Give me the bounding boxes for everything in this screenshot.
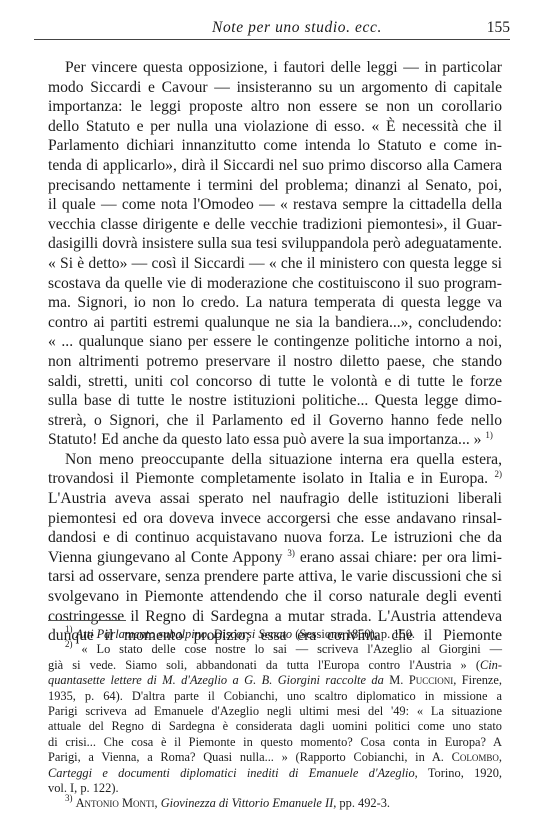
footnote-text: quantasette lettere di M. d'Azeglio a G.… bbox=[48, 673, 384, 687]
footnote-marker: 2) bbox=[65, 639, 73, 649]
footnote-ref-2[interactable]: 2) bbox=[495, 469, 503, 479]
text-line: dandosi e di continuo acquistavano nuova… bbox=[48, 528, 502, 548]
text-line-content: trovandosi il Piemonte completamente iso… bbox=[48, 470, 488, 487]
text-line: « Si è detto» — così il Siccardi — « che… bbox=[48, 254, 502, 274]
footnote-source-title: Carteggi e documenti diplomatici inediti… bbox=[48, 766, 415, 780]
text-line: svolgevano in Piemonte attendendo che il… bbox=[48, 587, 502, 607]
text-line: Vienna giungevano al Conte Appony 3) era… bbox=[48, 548, 502, 568]
text-line-content: Statuto! Ed anche da questo lato essa pu… bbox=[48, 431, 481, 448]
text-line: strerà, o Signori, che il Parlamento ed … bbox=[48, 411, 502, 431]
footnote-2-line: quantasette lettere di M. d'Azeglio a G.… bbox=[48, 673, 502, 688]
text-line: precisando nettamente i termini del prob… bbox=[48, 176, 502, 196]
text-line: scostava da quelle vie di moderazione ch… bbox=[48, 274, 502, 294]
footnote-source-title: Giovinezza di Vittorio Emanuele II bbox=[161, 796, 334, 810]
text-line-content: Vienna giungevano al Conte Appony bbox=[48, 549, 282, 566]
footnote-ref-3[interactable]: 3) bbox=[287, 548, 295, 558]
footnote-divider bbox=[48, 620, 126, 621]
text-line: saldi, stretti, uniti col concorso di tu… bbox=[48, 372, 502, 392]
footnote-2-line: Parigi, a Vienna, a Roma? Quasi nulla...… bbox=[48, 750, 502, 765]
footnote-2-line: 2) « Lo stato delle cose nostre lo sai —… bbox=[48, 642, 502, 657]
running-title: Note per uno studio. ecc. bbox=[212, 19, 382, 37]
footnote-author: Puccioni bbox=[409, 673, 453, 687]
text-line: « ... qualunque siano per essere le cont… bbox=[48, 332, 502, 352]
footnote-text: , pp. 492-3. bbox=[333, 796, 390, 810]
footnote-author: Antonio Monti bbox=[76, 796, 155, 810]
footnote-2-line: Carteggi e documenti diplomatici inediti… bbox=[48, 766, 502, 781]
page-header: Note per uno studio. ecc. 155 bbox=[34, 13, 510, 40]
footnote-text: Cin- bbox=[480, 658, 502, 672]
text-line: vecchia classe dirigente e delle vecchie… bbox=[48, 215, 502, 235]
text-line: importanza: le leggi proposte altro non … bbox=[48, 97, 502, 117]
text-line: modo Siccardi e Cavour — insisteranno su… bbox=[48, 78, 502, 98]
text-line: Non meno preoccupante della situazione i… bbox=[48, 450, 502, 470]
text-line: Per vincere questa opposizione, i fautor… bbox=[48, 58, 502, 78]
footnote-marker: 3) bbox=[65, 793, 73, 803]
footnote-text: M. bbox=[389, 673, 403, 687]
text-line-content: erano assai chiare: per ora limi- bbox=[300, 549, 502, 566]
footnote-text: Parigi, a Vienna, a Roma? Quasi nulla...… bbox=[48, 750, 444, 764]
footnote-ref-1[interactable]: 1) bbox=[485, 430, 493, 440]
footnote-text: , Torino, 1920, bbox=[415, 766, 502, 780]
text-line: tenda di applicarlo», dirà il Siccardi n… bbox=[48, 156, 502, 176]
footnote-2-line: attuale del Regno di Sardegna è consider… bbox=[48, 719, 502, 734]
text-line: tarsi ad osservare, senza prendere parte… bbox=[48, 567, 502, 587]
page-number: 155 bbox=[487, 19, 510, 37]
footnote-3: 3) Antonio Monti, Giovinezza di Vittorio… bbox=[48, 796, 502, 811]
text-line: dello Statuto e per nulla una violazione… bbox=[48, 117, 502, 137]
body-text: Per vincere questa opposizione, i fautor… bbox=[48, 58, 502, 646]
text-line: il quale — come nota l'Omodeo — « restav… bbox=[48, 195, 502, 215]
footnote-2-line: già si vede. Siamo soli, abbandonati da … bbox=[48, 658, 502, 673]
footnote-text: già si vede. Siamo soli, abbandonati da … bbox=[48, 658, 480, 672]
footnote-source-title: Atti Parlamento subalpino, Discorsi Sena… bbox=[76, 627, 293, 641]
footnote-text: (Sessione 1850), p. 150. bbox=[295, 627, 415, 641]
footnote-2-line: vol. I, p. 122). bbox=[48, 781, 502, 796]
text-line: non altrimenti potremo preservare il nos… bbox=[48, 352, 502, 372]
text-line: Parlamento dichiari innanzitutto come in… bbox=[48, 136, 502, 156]
footnote-1: 1) Atti Parlamento subalpino, Discorsi S… bbox=[48, 627, 502, 642]
footnote-2-line: Parigi scriveva ad Emanuele d'Azeglio ne… bbox=[48, 704, 502, 719]
footnote-2-line: 1935, p. 64). D'altra parte il Cobianchi… bbox=[48, 689, 502, 704]
footnote-author: Colombo bbox=[452, 750, 499, 764]
footnote-2-line: di crisi... Che cosa è il Piemonte in qu… bbox=[48, 735, 502, 750]
footnotes: 1) Atti Parlamento subalpino, Discorsi S… bbox=[48, 627, 502, 812]
text-line: piemontesi ed ora doveva invece accorger… bbox=[48, 509, 502, 529]
footnote-text: « Lo stato delle cose nostre lo sai — sc… bbox=[81, 642, 502, 656]
footnote-marker: 1) bbox=[65, 624, 73, 634]
footnote-text: , bbox=[499, 750, 502, 764]
footnote-text: , Firenze, bbox=[453, 673, 502, 687]
text-line: ma. Signori, io non lo credo. La natura … bbox=[48, 293, 502, 313]
text-line: contro ai partiti estremi qualunque ne s… bbox=[48, 313, 502, 333]
text-line: Statuto! Ed anche da questo lato essa pu… bbox=[48, 430, 502, 450]
text-line: costringesse il Regno di Sardegna a muta… bbox=[48, 607, 502, 627]
text-line: sulla base di tutte le nostre istituzion… bbox=[48, 391, 502, 411]
text-line: trovandosi il Piemonte completamente iso… bbox=[48, 469, 502, 489]
text-line: dasigilli dovrà insistere sulla sua tesi… bbox=[48, 234, 502, 254]
text-line: L'Austria aveva assai sperato nel naufra… bbox=[48, 489, 502, 509]
